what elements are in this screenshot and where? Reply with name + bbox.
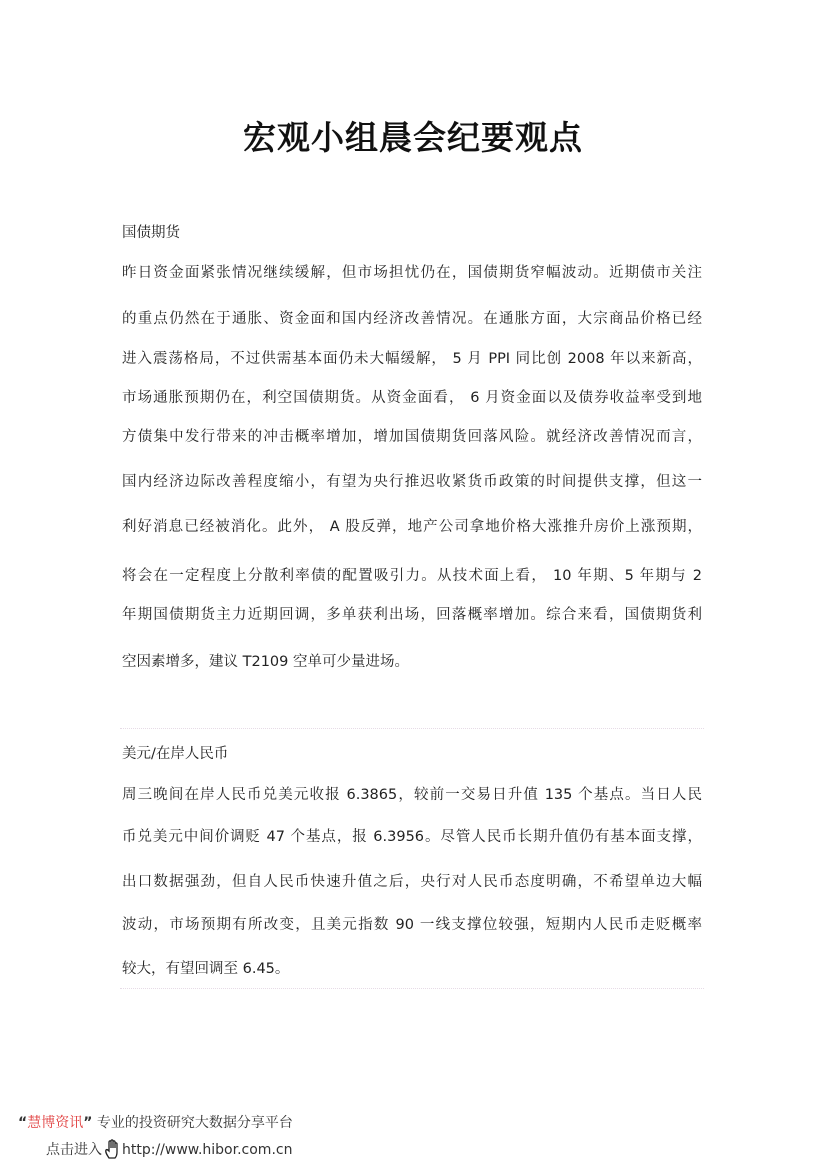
paragraph-line: 币兑美元中间价调贬 47 个基点，报 6.3956。尽管人民币长期升值仍有基本面… [122,827,702,847]
paragraph-line: 市场通胀预期仍在，利空国债期货。从资金面看， 6 月资金面以及债券收益率受到地 [122,388,702,408]
dotted-divider [120,728,704,729]
paragraph-line: 将会在一定程度上分散利率债的配置吸引力。从技术面上看， 10 年期、5 年期与 … [122,566,702,586]
paragraph-line: 年期国债期货主力近期回调，多单获利出场，回落概率增加。综合来看，国债期货利 [122,605,702,625]
paragraph-line: 空因素增多，建议 T2109 空单可少量进场。 [122,652,702,672]
paragraph-line: 方债集中发行带来的冲击概率增加，增加国债期货回落风险。就经济改善情况而言， [122,427,702,447]
pointing-hand-icon [104,1139,120,1159]
section-heading-usd-cny: 美元/在岸人民币 [122,742,228,763]
paragraph-line: 进入震荡格局，不过供需基本面仍未大幅缓解， 5 月 PPI 同比创 2008 年… [122,349,702,369]
paragraph-line: 利好消息已经被消化。此外， A 股反弹，地产公司拿地价格大涨推升房价上涨预期， [122,517,702,537]
paragraph-line: 周三晚间在岸人民币兑美元收报 6.3865，较前一交易日升值 135 个基点。当… [122,785,702,805]
paragraph-line: 的重点仍然在于通胀、资金面和国内经济改善情况。在通胀方面，大宗商品价格已经 [122,309,702,329]
close-quote: ” [83,1115,92,1131]
section-heading-bond-futures: 国债期货 [122,221,180,242]
brand-name: 慧博资讯 [27,1115,83,1131]
footer-tagline: 专业的投资研究大数据分享平台 [97,1115,293,1131]
enter-label: 点击进入 [46,1142,102,1158]
dotted-divider [120,988,704,989]
paragraph-line: 出口数据强劲，但自人民币快速升值之后，央行对人民币态度明确，不希望单边大幅 [122,872,702,892]
site-url[interactable]: http://www.hibor.com.cn [122,1142,292,1158]
footer-link[interactable]: 点击进入http://www.hibor.com.cn [46,1139,292,1159]
paragraph-line: 国内经济边际改善程度缩小，有望为央行推迟收紧货币政策的时间提供支撑，但这一 [122,472,702,492]
page-title: 宏观小组晨会纪要观点 [0,112,826,159]
paragraph-line: 波动，市场预期有所改变，且美元指数 90 一线支撑位较强，短期内人民币走贬概率 [122,915,702,935]
footer-promo: “慧博资讯” 专业的投资研究大数据分享平台 [18,1112,293,1132]
paragraph-line: 较大，有望回调至 6.45。 [122,959,702,979]
open-quote: “ [18,1115,27,1131]
paragraph-line: 昨日资金面紧张情况继续缓解，但市场担忧仍在，国债期货窄幅波动。近期债市关注 [122,263,702,283]
